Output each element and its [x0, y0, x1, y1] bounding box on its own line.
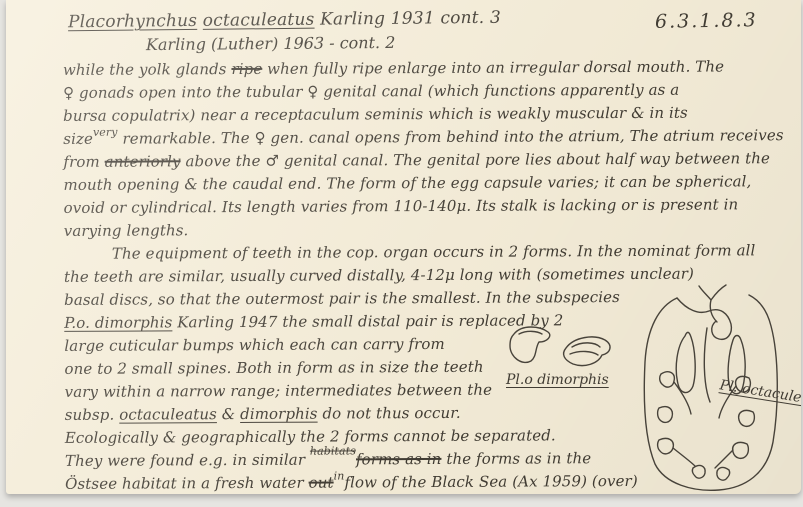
- figure-dimorphis: Pl.o dimorphis: [498, 320, 648, 405]
- text-segment: varying lengths.: [64, 221, 189, 240]
- text-segment: dimorphis: [240, 405, 318, 423]
- index-card: Placorhynchus octaculeatus Karling 1931 …: [6, 0, 801, 494]
- text-segment: remarkable. The ♀ gen. canal opens from …: [118, 126, 784, 147]
- text-segment: They were found e.g. in similar: [65, 451, 310, 470]
- manuscript-line: while the yolk glands ripe when fully ri…: [63, 55, 793, 82]
- text-segment: in: [334, 464, 345, 487]
- text-segment: octaculeatus: [119, 405, 217, 424]
- card-header: Placorhynchus octaculeatus Karling 1931 …: [68, 10, 768, 36]
- figure-octaculeatus: Pl. octaculeatus: [633, 282, 801, 494]
- card-title: Placorhynchus octaculeatus Karling 1931 …: [68, 8, 501, 33]
- text-segment: the forms as in the: [441, 449, 591, 468]
- text-segment: very: [93, 121, 118, 144]
- text-segment: The equipment of teeth in the cop. organ…: [112, 241, 756, 262]
- text-segment: size: [63, 130, 93, 148]
- text-segment: large cuticular bumps which each can car…: [64, 335, 445, 355]
- teeth-sketch-icon: [498, 320, 648, 372]
- text-segment: Placorhynchus: [68, 11, 197, 32]
- text-segment: forms as in: [356, 450, 442, 468]
- figure-dimorphis-label: Pl.o dimorphis: [506, 372, 609, 388]
- text-segment: anteriorly: [105, 152, 181, 170]
- catalog-code: 6.3.1.8.3: [655, 9, 758, 33]
- text-segment: octaculeatus: [203, 10, 315, 31]
- text-segment: while the yolk glands: [63, 60, 232, 79]
- manuscript-line: ovoid or cylindrical. Its length varies …: [64, 193, 794, 220]
- text-segment: mouth opening & the caudal end. The form…: [63, 172, 751, 194]
- text-segment: flow of the Black Sea (Ax 1959) (over): [344, 472, 637, 492]
- text-segment: above the ♂ genital canal. The genital p…: [181, 149, 770, 170]
- text-segment: &: [217, 405, 240, 423]
- page: { "page": { "background": "#e6e5e1" }, "…: [0, 0, 803, 507]
- text-segment: habitats: [310, 439, 356, 462]
- text-segment: when fully ripe enlarge into an irregula…: [262, 57, 724, 77]
- text-segment: Karling 1931 cont. 3: [314, 8, 501, 30]
- text-segment: from: [63, 153, 104, 171]
- text-segment: bursa copulatrix) near a receptaculum se…: [63, 104, 688, 125]
- card-subtitle: Karling (Luther) 1963 - cont. 2: [146, 33, 396, 54]
- text-segment: vary within a narrow range; intermediate…: [65, 381, 493, 401]
- text-segment: subsp.: [65, 406, 120, 424]
- text-segment: ripe: [231, 60, 262, 78]
- text-segment: P.o. dimorphis: [64, 313, 172, 332]
- text-segment: do not thus occur.: [318, 404, 461, 423]
- text-segment: the teeth are similar, usually curved di…: [64, 265, 694, 286]
- text-segment: out: [309, 474, 334, 492]
- text-segment: one to 2 small spines. Both in form as i…: [64, 358, 483, 378]
- text-segment: Östsee habitat in a fresh water: [65, 474, 309, 493]
- text-segment: ovoid or cylindrical. Its length varies …: [64, 195, 739, 217]
- text-segment: basal discs, so that the outermost pair …: [64, 288, 620, 309]
- text-segment: ♀ gonads open into the tubular ♀ genital…: [63, 81, 679, 102]
